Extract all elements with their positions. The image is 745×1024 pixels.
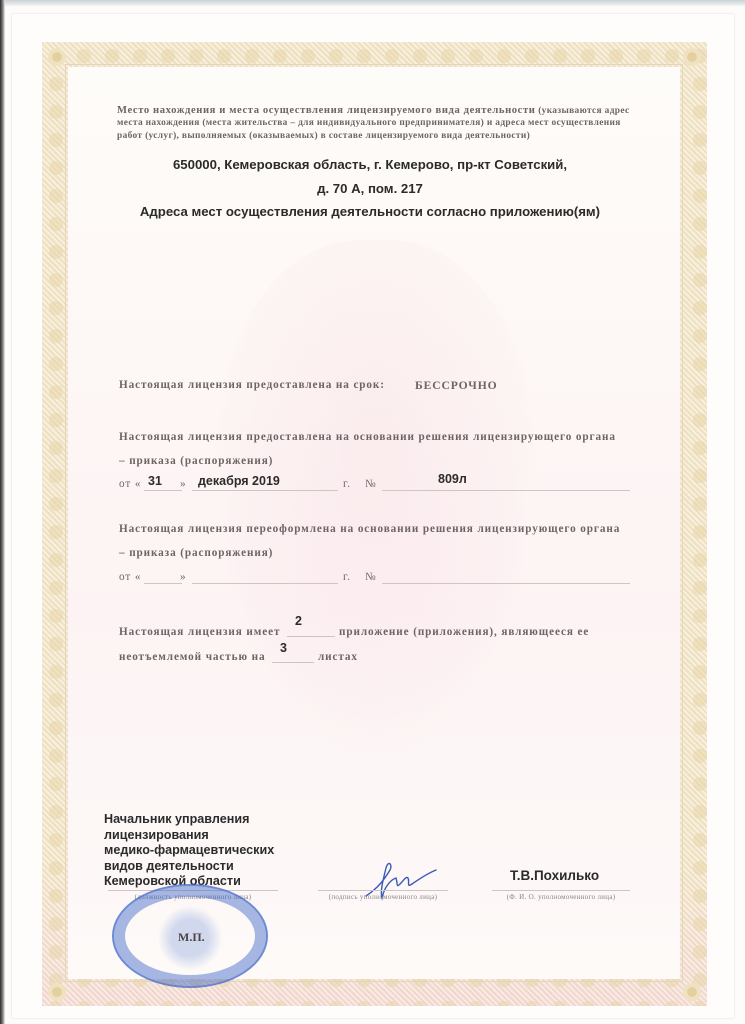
stamp-label: М.П.	[178, 930, 205, 945]
term-label: Настоящая лицензия предоставлена на срок…	[119, 379, 385, 391]
signature-underline	[318, 890, 448, 891]
coat-of-arms-watermark-icon	[210, 240, 540, 760]
granted-basis-line-2: – приказа (распоряжения)	[119, 455, 273, 467]
signatory-name: Т.В.Похилько	[510, 868, 599, 883]
corner-rosette-icon	[681, 981, 703, 1003]
address-line-3: Адреса мест осуществления деятельности с…	[100, 204, 640, 219]
appendices-sheets: 3	[280, 641, 287, 655]
granted-number-underline	[382, 490, 630, 491]
reissued-day-underline	[144, 583, 182, 584]
signatory-title-line: Начальник управления	[104, 812, 274, 828]
reissued-from-prefix: от «	[119, 571, 141, 583]
appendices-sheets-underline	[272, 662, 314, 663]
reissued-number-underline	[382, 583, 630, 584]
appendices-text-4: листах	[318, 651, 358, 663]
granted-year-suffix: г.	[343, 478, 351, 490]
granted-quote-close: »	[180, 478, 187, 490]
reissued-month-underline	[192, 583, 338, 584]
signatory-title: Начальник управления лицензирования меди…	[104, 812, 274, 890]
corner-rosette-icon	[46, 46, 68, 68]
signatory-title-line: медико-фармацевтических	[104, 843, 274, 859]
signature-caption: (подпись уполномоченного лица)	[318, 893, 448, 901]
scan-edge-top	[0, 0, 745, 6]
section-heading: Место нахождения и места осуществления л…	[117, 105, 637, 142]
section-heading-lead: Место нахождения и места осуществления л…	[117, 105, 535, 116]
granted-number: 809л	[438, 472, 467, 486]
granted-month-underline	[192, 490, 338, 491]
reissued-basis-line-2: – приказа (распоряжения)	[119, 547, 273, 559]
granted-basis-line-1: Настоящая лицензия предоставлена на осно…	[119, 431, 616, 443]
granted-day-underline	[144, 490, 182, 491]
appendices-text-3: неотъемлемой частью на	[119, 651, 265, 663]
appendices-count: 2	[295, 614, 302, 628]
name-underline	[492, 890, 630, 891]
address-line-1: 650000, Кемеровская область, г. Кемерово…	[100, 157, 640, 172]
granted-number-sign: №	[365, 478, 377, 490]
reissued-year-suffix: г.	[343, 571, 351, 583]
corner-rosette-icon	[681, 46, 703, 68]
granted-month-year: декабря 2019	[198, 474, 280, 488]
reissued-quote-close: »	[180, 571, 187, 583]
address-line-2: д. 70 А, пом. 217	[100, 181, 640, 196]
appendices-text-2: приложение (приложения), являющееся ее	[339, 626, 589, 638]
signatory-title-line: видов деятельности	[104, 859, 274, 875]
reissued-basis-line-1: Настоящая лицензия переоформлена на осно…	[119, 523, 620, 535]
signatory-title-line: лицензирования	[104, 828, 274, 844]
corner-rosette-icon	[46, 981, 68, 1003]
granted-day: 31	[148, 474, 162, 488]
term-value: БЕССРОЧНО	[415, 379, 498, 392]
appendices-text-1: Настоящая лицензия имеет	[119, 626, 280, 638]
scan-edge-left	[0, 0, 5, 1024]
appendices-count-underline	[287, 636, 335, 637]
name-caption: (Ф. И. О. уполномоченного лица)	[492, 893, 630, 901]
granted-from-prefix: от «	[119, 478, 141, 490]
reissued-number-sign: №	[365, 571, 377, 583]
